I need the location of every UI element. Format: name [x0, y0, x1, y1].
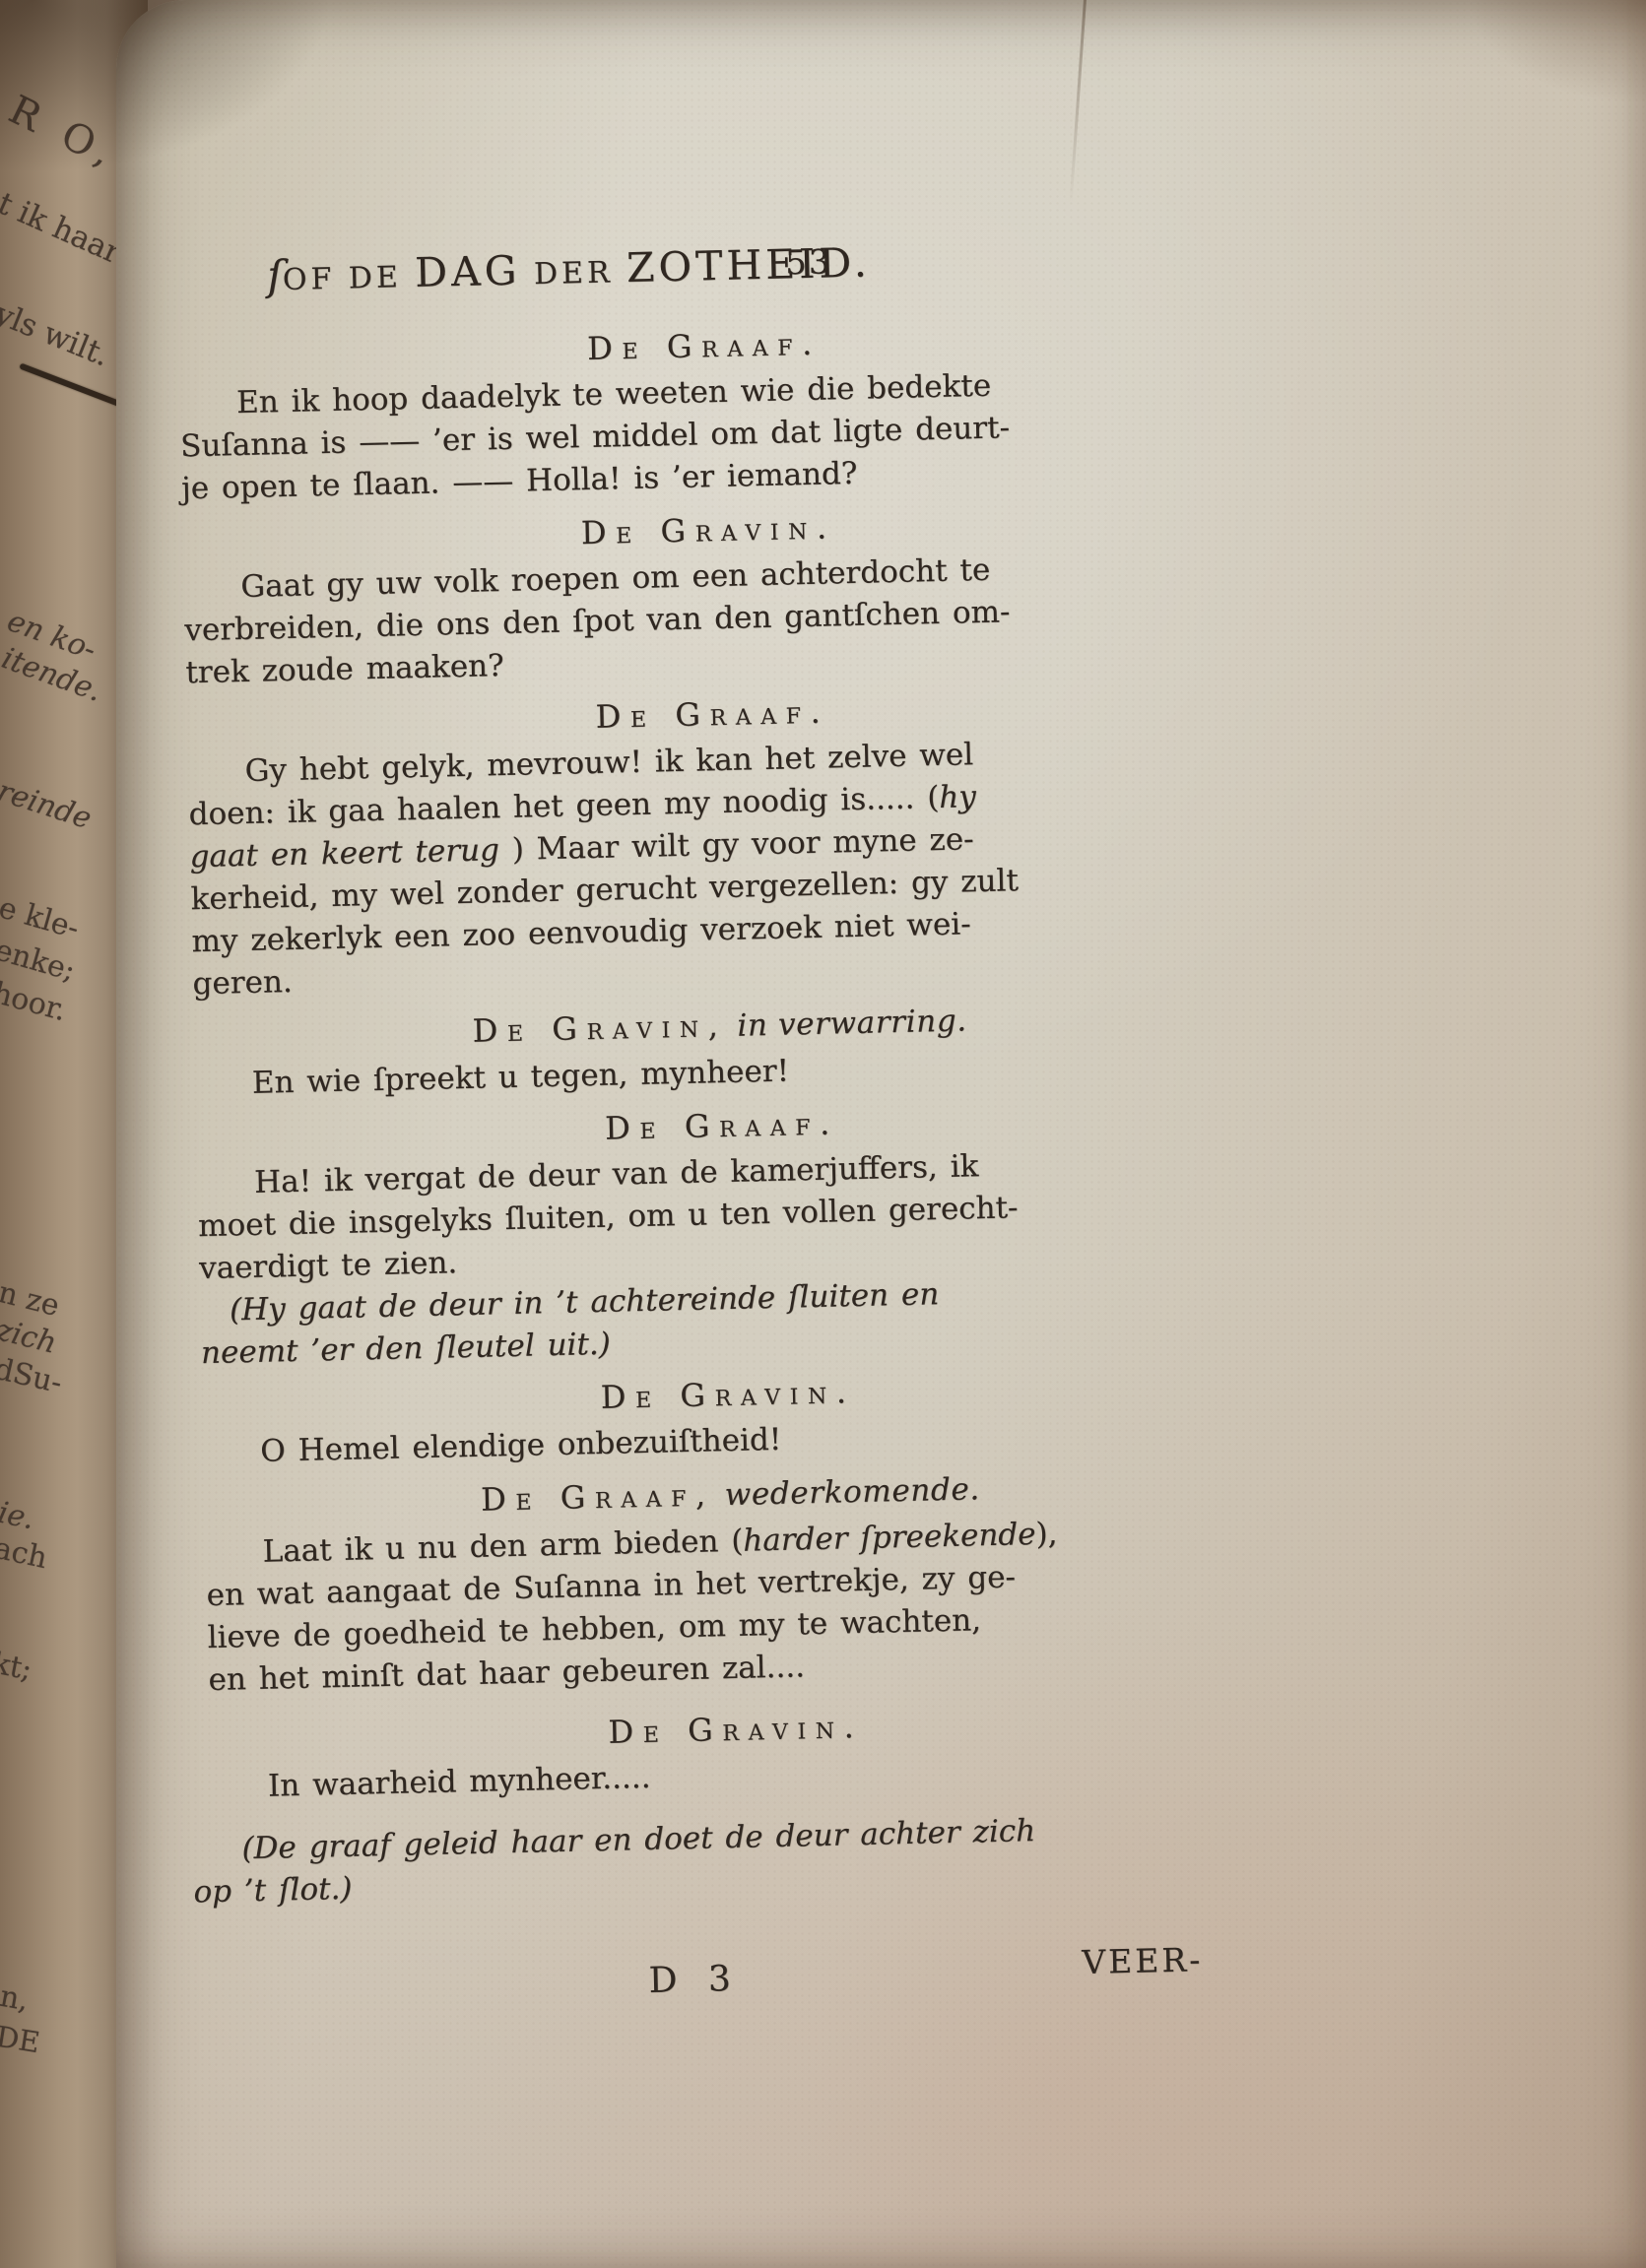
running-head-mark: ſ [267, 251, 284, 299]
stage-note-inline: gaat en keert terug [189, 832, 512, 875]
stage-note-inline: wederkomende. [724, 1471, 980, 1513]
speaker-name: De Gravin. [580, 508, 836, 551]
dialogue-paragraph: Laat ik u nu den arm bieden (harder ſpre… [205, 1512, 1115, 1702]
speaker-name: De Graaf. [595, 692, 829, 735]
facing-fragment: DE [0, 2020, 42, 2060]
catchword: VEER- [1082, 1940, 1204, 1981]
dialogue-paragraph: Gy hebt gelyk, mevrouw! ik kan het zelve… [187, 731, 1099, 1005]
page-footer: D 3 VEER- [215, 1950, 1122, 2026]
facing-fragment: kt; [0, 1646, 34, 1687]
speaker-name: De Graaf. [587, 325, 822, 367]
speaker-name: De Graaf. [605, 1104, 839, 1146]
book-page: ſOF DE DAG DER ZOTHEID. 53 De Graaf. En … [116, 0, 1646, 2268]
signature-mark: D 3 [648, 1959, 741, 2001]
speaker-name: De Gravin. [608, 1708, 864, 1751]
speaker-name: De Graaf, [481, 1475, 715, 1518]
running-head: ſOF DE DAG DER ZOTHEID. 53 [176, 233, 1084, 307]
facing-fragment: n, [0, 1979, 32, 2018]
stage-note-inline: harder ſpreekende [743, 1517, 1036, 1559]
stage-note-inline: hy [939, 779, 976, 815]
dialogue-paragraph: Ha! ik vergat de deur van de kamerjuffer… [197, 1142, 1106, 1290]
facing-fragment: ie. [0, 1496, 37, 1537]
printed-text-block: ſOF DE DAG DER ZOTHEID. 53 De Graaf. En … [170, 0, 1122, 2026]
stage-direction: (De graaf geleid haar en doet de deur ac… [212, 1808, 1120, 1913]
speaker-name: De Gravin, [472, 1006, 728, 1050]
stage-note-inline: in verwarring. [737, 1003, 967, 1043]
dialogue-paragraph: Gaat gy uw volk roepen om een achterdoch… [183, 547, 1092, 694]
running-head-title: ſOF DE DAG DER ZOTHEID. [267, 237, 872, 299]
speaker-name: De Gravin. [600, 1373, 856, 1416]
facing-fragment: dSu- [0, 1352, 65, 1401]
book-page-photo: R O, t ik haar yls wilt. en ko- itende. … [0, 0, 1646, 2268]
page-number: 53 [785, 242, 832, 283]
facing-fragment: ach [0, 1531, 50, 1576]
dialogue-paragraph: En ik hoop daadelyk te weeten wie die be… [179, 363, 1088, 511]
